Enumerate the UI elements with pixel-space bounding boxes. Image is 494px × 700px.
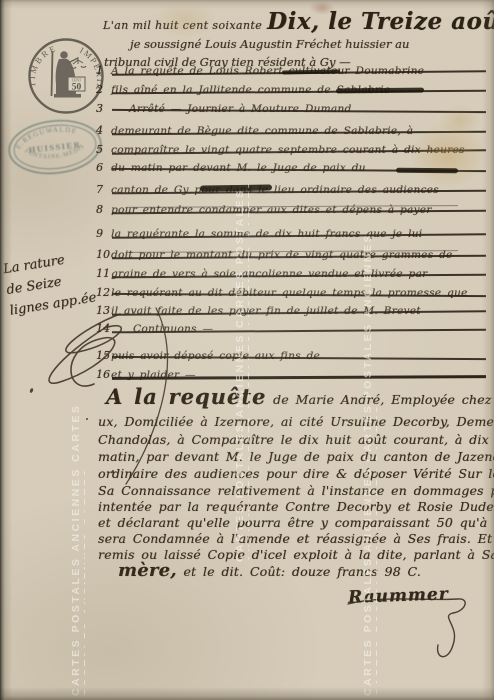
huissier-oval-stamp: E.REGUWALDE HUISSIER FONTAINE-MÉDIS: [3, 113, 107, 181]
struck-line: 12le requérant au dit débiteur quelque t…: [96, 286, 488, 301]
requete-closing-large: mère,: [118, 560, 177, 581]
svg-text:TIMBRE: TIMBRE: [27, 43, 59, 88]
requete-line: et déclarant qu'elle pourra être y compa…: [98, 515, 490, 530]
manuscript-page: TIMBRE IMPERIAL CENT 50: [0, 0, 494, 700]
requete-line: intentée par la requérante Contre Decorb…: [98, 499, 490, 514]
requete-line: ux, Domiciliée à Izernore, ai cité Ursul…: [98, 414, 490, 429]
requete-cost-text: et le dit. Coût: douze francs 98 C.: [183, 564, 421, 579]
header-date-large-text: Dix, le Treize août: [267, 8, 494, 35]
ink-speck: [86, 418, 88, 420]
requete-closing-line: mère, et le dit. Coût: douze francs 98 C…: [118, 560, 494, 581]
header-year-text: L'an mil huit cent soixante: [103, 19, 262, 32]
staff-icon: [52, 51, 53, 96]
ink-blot: [200, 184, 272, 191]
requete-line: ordinaire des audiences pour dire & dépo…: [98, 466, 490, 481]
header-date-line: L'an mil huit cent soixante Dix, le Trei…: [103, 8, 483, 35]
scales-icon: [71, 57, 86, 68]
requete-opening-large: A la requête: [106, 384, 266, 409]
struck-line: 5comparaître le vingt quatre septembre c…: [96, 143, 488, 158]
requete-opening-rest: de Marie André, Employée chez M. Brunea-: [273, 392, 494, 407]
struck-line: 9la requérante la somme de dix huit fran…: [96, 227, 488, 242]
stamp-arc-left-label: TIMBRE: [27, 43, 59, 88]
imperial-tax-stamp: TIMBRE IMPERIAL CENT 50: [26, 36, 106, 116]
ink-blot: [396, 168, 458, 173]
requete-line: matin, par devant M. le Juge de paix du …: [98, 449, 490, 464]
signature-flourish: [340, 588, 490, 668]
stamp-value-box: CENT 50: [68, 77, 85, 93]
struck-line: 11graine de vers à soie ancolienne vendu…: [96, 267, 488, 282]
header-bailiff-line: je soussigné Louis Augustin Fréchet huis…: [130, 37, 409, 51]
struck-line: 10doit pour le montant du prix de vingt …: [96, 248, 488, 263]
ink-blot: [336, 88, 424, 94]
struck-line: 8pour entendre condamner aux dites et dé…: [96, 203, 488, 218]
struck-line: 4demeurant de Bègue dite commune de Sabl…: [96, 124, 488, 139]
ink-speck: [112, 470, 114, 473]
requete-opening-line: A la requête de Marie André, Employée ch…: [106, 384, 494, 409]
requete-line: sera Condamnée à l'amende et réassignée …: [98, 531, 490, 546]
struck-line: 2fils aîné en la Jallitende commune de S…: [96, 83, 488, 98]
struck-line: 3Arrêté — Journier à Mouture Dumand: [96, 102, 488, 117]
requete-line: Sa Connaissance relativement à l'instanc…: [98, 483, 490, 498]
requete-line: Chandolas, à Comparaître le dix huit aoû…: [98, 432, 490, 447]
struck-line: 7canton de Gy pour dans le lieu ordinair…: [96, 183, 488, 198]
stamp-value: 50: [72, 83, 82, 93]
